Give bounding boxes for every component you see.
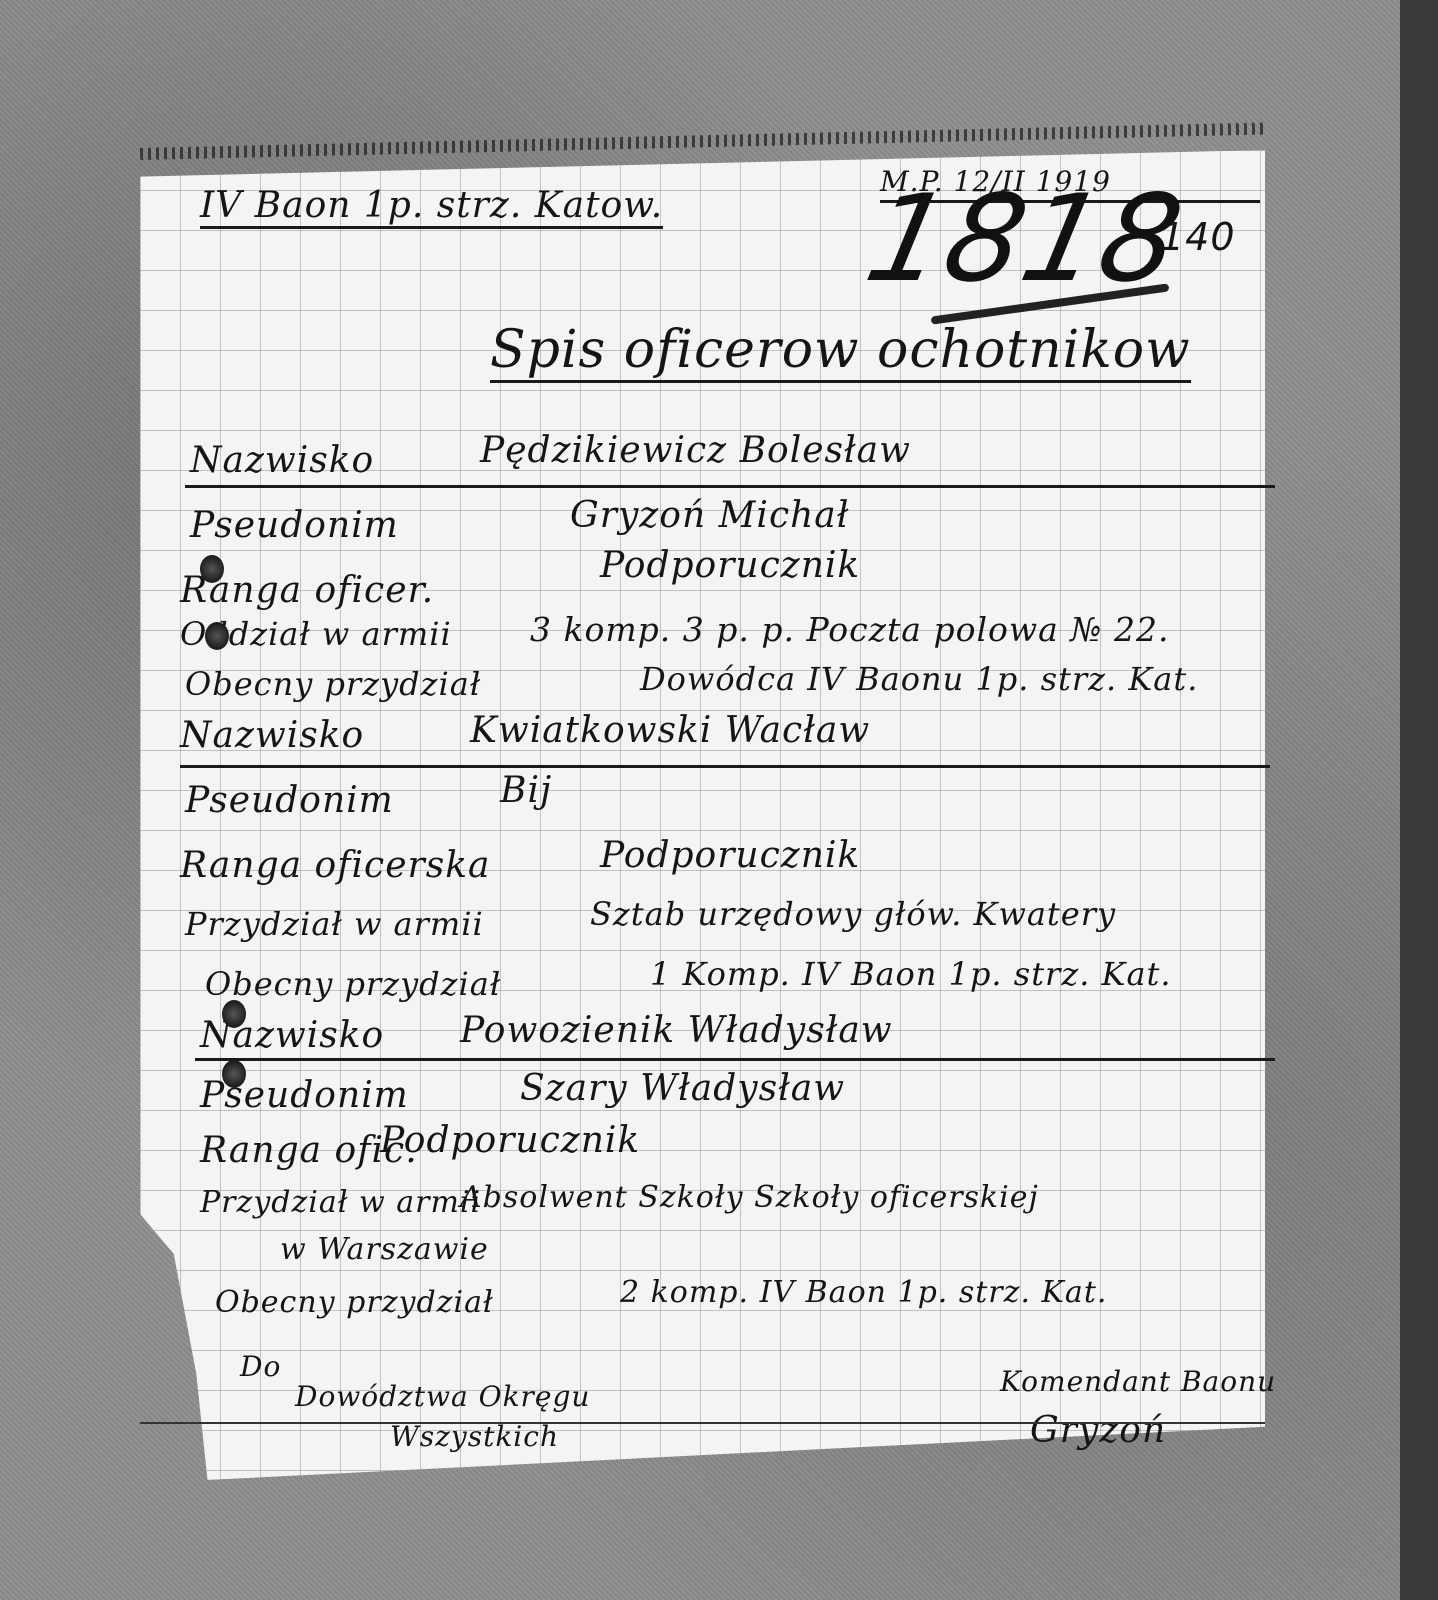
header-unit: IV Baon 1p. strz. Katow. — [200, 185, 663, 229]
entry-3-army-unit-value-cont: w Warszawie — [280, 1232, 489, 1267]
scan-background-edge — [1400, 0, 1438, 1600]
entry-3-army-unit-value: Absolwent Szkoły Szkoły oficerskiej — [460, 1180, 1039, 1215]
document-title: Spis oficerow ochotnikow — [490, 320, 1191, 383]
footer-right-title: Komendant Baonu — [1000, 1365, 1276, 1398]
entry-3-army-unit-label: Przydział w armii — [200, 1185, 481, 1220]
entry-2-current-assignment-label: Obecny przydział — [205, 965, 501, 1003]
entry-1-surname-label: Nazwisko — [190, 440, 374, 481]
entry-3-current-assignment-value: 2 komp. IV Baon 1p. strz. Kat. — [620, 1275, 1107, 1310]
entry-1-pseudonym-label: Pseudonim — [190, 505, 399, 546]
footer-left-line3: Wszystkich — [390, 1420, 559, 1453]
entry-2-pseudonym-label: Pseudonim — [185, 780, 394, 821]
entry-1-army-unit-value: 3 komp. 3 p. p. Poczta polowa № 22. — [530, 610, 1170, 649]
entry-1-separator — [185, 485, 1275, 488]
entry-2-army-unit-label: Przydział w armii — [185, 905, 484, 943]
entry-1-current-assignment-value: Dowódca IV Baonu 1p. strz. Kat. — [640, 660, 1198, 698]
punch-hole — [222, 1000, 246, 1028]
entry-2-rank-value: Podporucznik — [600, 835, 860, 876]
fold-line — [140, 1422, 1265, 1424]
entry-1-rank-value: Podporucznik — [600, 545, 860, 586]
punch-hole — [200, 555, 224, 583]
entry-2-surname-value: Kwiatkowski Wacław — [470, 710, 870, 751]
entry-1-current-assignment-label: Obecny przydział — [185, 665, 481, 703]
entry-1-pseudonym-value: Gryzoń Michał — [570, 495, 849, 536]
footer-signature: Gryzoń — [1030, 1410, 1166, 1451]
entry-2-pseudonym-value: Bij — [500, 770, 552, 811]
entry-1-surname-value: Pędzikiewicz Bolesław — [480, 430, 911, 471]
entry-2-current-assignment-value: 1 Komp. IV Baon 1p. strz. Kat. — [650, 955, 1172, 993]
entry-2-army-unit-value: Sztab urzędowy głów. Kwatery — [590, 895, 1116, 933]
entry-2-separator — [180, 765, 1270, 768]
reference-number: 140 — [1160, 215, 1236, 259]
punch-hole — [222, 1060, 246, 1088]
entry-2-surname-label: Nazwisko — [180, 715, 364, 756]
entry-3-current-assignment-label: Obecny przydział — [215, 1285, 494, 1320]
entry-3-pseudonym-value: Szary Władysław — [520, 1068, 845, 1109]
entry-3-surname-value: Powozienik Władysław — [460, 1010, 893, 1051]
footer-left-line1: Do — [240, 1350, 281, 1383]
entry-3-rank-value: Podporucznik — [380, 1120, 640, 1161]
footer-left-line2: Dowództwa Okręgu — [295, 1380, 590, 1413]
entry-2-rank-label: Ranga oficerska — [180, 845, 490, 886]
punch-hole — [205, 622, 229, 650]
entry-3-separator — [195, 1058, 1275, 1061]
